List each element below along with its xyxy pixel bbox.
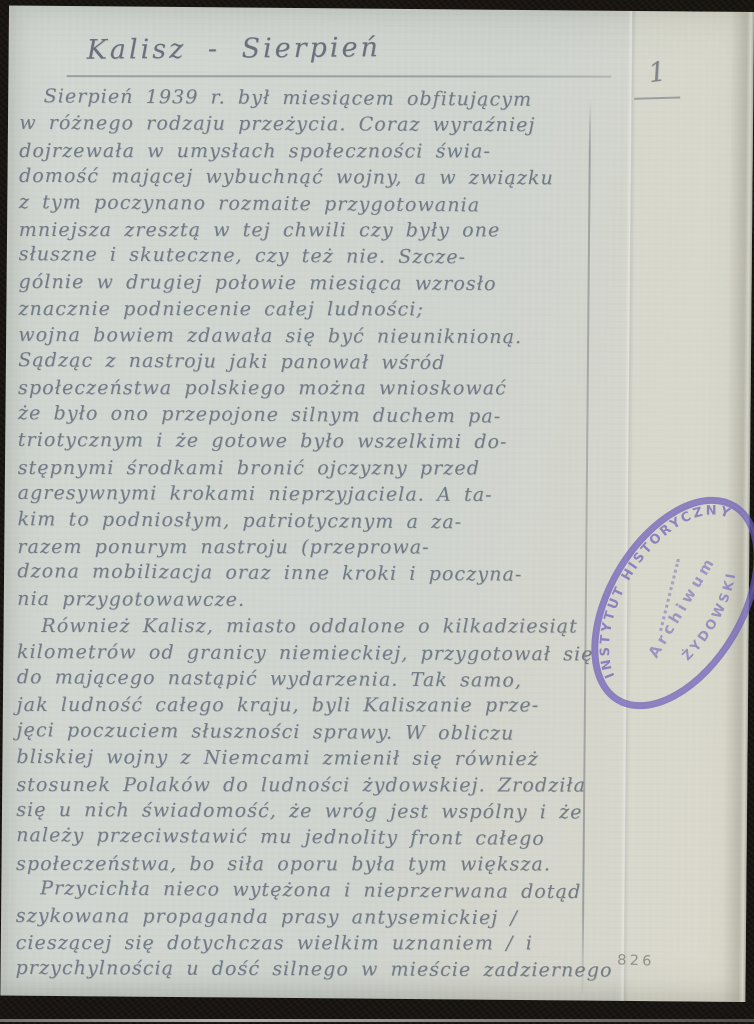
handwriting-line: społeczeństwa, bo siła oporu była tym wi… xyxy=(16,851,624,878)
handwriting-line: nia przygotowawcze. xyxy=(17,586,625,615)
handwriting-line: dojrzewała w umysłach społeczności świa- xyxy=(19,138,627,165)
handwriting-line: stępnymi środkami bronić ojczyzny przed xyxy=(18,455,626,482)
catalog-number: 826 xyxy=(617,952,655,969)
handwriting-line: słuszne i skuteczne, czy też nie. Szcze- xyxy=(19,242,627,273)
handwriting-line: kilometrów od granicy niemieckiej, przyg… xyxy=(17,638,625,667)
handwriting-line: stosunek Polaków do ludności żydowskiej.… xyxy=(16,772,624,799)
handwriting-line: domość mającej wybuchnąć wojny, a w zwią… xyxy=(19,163,627,192)
handwriting-line: mniejsza zresztą w tej chwili czy były o… xyxy=(19,217,627,244)
stamp-center-text: Archiwum xyxy=(644,552,719,661)
handwriting-line: przychylnością u dość silnego w mieście … xyxy=(15,955,623,984)
handwritten-text-block: Sierpień 1939 r. był miesiącem obfitując… xyxy=(15,84,627,984)
page-title: Kalisz - Sierpień xyxy=(87,32,381,66)
handwriting-line: agresywnymi krokami nieprzyjaciela. A ta… xyxy=(18,480,626,509)
handwriting-line: gólnie w drugiej połowie miesiąca wzrosł… xyxy=(18,269,626,298)
handwriting-line: się u nich świadomość, że wróg jest wspó… xyxy=(16,797,624,826)
title-underline xyxy=(66,75,611,77)
handwriting-line: jak ludność całego kraju, byli Kaliszani… xyxy=(17,692,625,719)
scanned-document-page: Kalisz - Sierpień 1 Sierpień 1939 r. był… xyxy=(0,0,754,1024)
handwriting-line: w różnego rodzaju przeżycia. Coraz wyraź… xyxy=(19,110,627,139)
handwriting-line: z tym poczynano rozmaite przygotowania xyxy=(19,189,627,220)
handwriting-line: Sierpień 1939 r. był miesiącem obfitując… xyxy=(19,83,627,114)
handwriting-line: znacznie podniecenie całej ludności; xyxy=(18,296,626,323)
handwriting-line: szykowana propaganda prasy antysemickiej… xyxy=(16,903,624,932)
handwriting-line: Przycichła nieco wytężona i nieprzerwana… xyxy=(16,875,624,906)
handwriting-line: Również Kalisz, miasto oddalone o kilkad… xyxy=(17,613,625,640)
handwriting-line: jęci poczuciem słuszności sprawy. W obli… xyxy=(16,717,624,748)
handwriting-line: bliskiej wojny z Niemcami zmienił się ró… xyxy=(16,744,624,773)
handwriting-line: razem ponurym nastroju (przeprowa- xyxy=(17,534,625,561)
handwriting-line: społeczeństwa polskiego można wnioskować xyxy=(18,375,626,402)
handwriting-line: że było ono przepojone silnym duchem pa- xyxy=(18,400,626,431)
handwriting-line: wojna bowiem zdawała się być nieuniknion… xyxy=(18,322,626,351)
handwriting-line: należy przeciwstawić mu jednolity front … xyxy=(16,822,624,853)
handwriting-line: kim to podniosłym, patriotycznym a za- xyxy=(17,506,625,537)
scan-bottom-edge xyxy=(0,1019,754,1022)
handwriting-line: do mającego nastąpić wydarzenia. Tak sam… xyxy=(17,664,625,695)
handwriting-line: dzona mobilizacja oraz inne kroki i pocz… xyxy=(17,558,625,589)
handwriting-line: triotycznym i że gotowe było wszelkimi d… xyxy=(18,427,626,456)
handwriting-line: cieszącej się dotychczas wielkim uznanie… xyxy=(16,930,624,957)
handwriting-line: Sądząc z nastroju jaki panował wśród xyxy=(18,347,626,378)
